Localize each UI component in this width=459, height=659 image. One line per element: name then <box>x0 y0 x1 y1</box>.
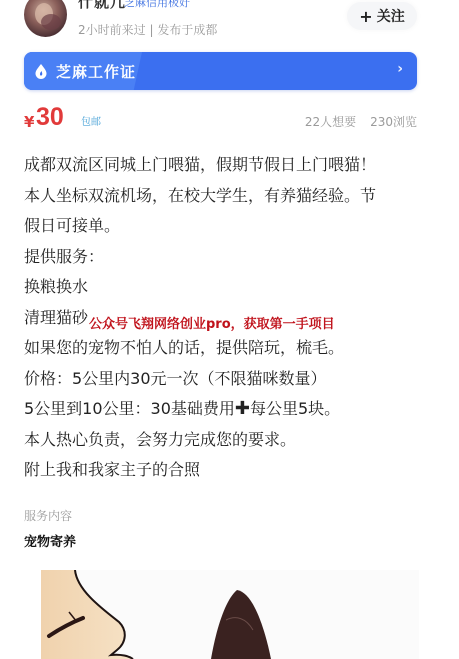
flame-drop-icon <box>33 63 49 79</box>
currency-symbol: ¥ <box>24 113 34 131</box>
price-value: 30 <box>36 103 64 132</box>
listing-photo[interactable] <box>41 570 419 659</box>
follow-label: 关注 <box>377 6 405 26</box>
description-line: 5公里到10公里：30基础费用✚每公里5块。 <box>24 394 424 425</box>
service-value: 宠物寄养 <box>24 531 76 550</box>
wants-count: 22人想要 <box>305 113 356 130</box>
seller-header: 什就几 芝麻信用极好 2小时前来过 | 发布于成都 + 关注 <box>24 0 416 40</box>
meta-separator: | <box>149 23 153 37</box>
description-line: 假日可接单。 <box>24 211 424 242</box>
seller-username[interactable]: 什就几 <box>78 0 126 12</box>
description-line-part: 5公里到10公里：30基础费用 <box>24 399 235 418</box>
description-line-part: 每公里5块。 <box>250 399 340 418</box>
banner-title: 芝麻工作证 <box>56 61 136 82</box>
plus-icon: ✚ <box>235 398 250 419</box>
last-seen-text: 2小时前来过 <box>78 23 146 37</box>
illustration-image-icon <box>41 570 419 659</box>
credit-verify-tag: 芝麻信用极好 <box>124 0 190 10</box>
views-count: 230浏览 <box>370 113 417 130</box>
description-line: 提供服务： <box>24 242 424 273</box>
description-line: 换粮换水 <box>24 272 424 303</box>
watermark-overlay: 公众号飞翔网络创业pro，获取第一手项目 <box>89 313 335 332</box>
free-shipping-badge: 包邮 <box>81 113 101 128</box>
chevron-right-icon: › <box>397 61 403 77</box>
description-line: 价格：5公里内30元一次（不限猫咪数量） <box>24 364 424 395</box>
plus-icon: + <box>359 7 372 26</box>
listing-stats: 22人想要 230浏览 <box>305 113 417 130</box>
location-text: 发布于成都 <box>157 23 217 37</box>
service-label: 服务内容 <box>24 507 72 524</box>
description-line: 如果您的宠物不怕人的话，提供陪玩，梳毛。 <box>24 333 424 364</box>
description-line: 成都双流区同城上门喂猫，假期节假日上门喂猫！ <box>24 150 424 181</box>
listing-page: 什就几 芝麻信用极好 2小时前来过 | 发布于成都 + 关注 芝麻工作证 › ¥… <box>0 0 459 659</box>
description-line: 附上我和我家主子的合照 <box>24 455 424 486</box>
zhima-work-cert-banner[interactable]: 芝麻工作证 › <box>24 52 417 90</box>
description-line: 本人坐标双流机场，在校大学生，有养猫经验。节 <box>24 181 424 212</box>
follow-button[interactable]: + 关注 <box>347 2 417 30</box>
seller-meta: 2小时前来过 | 发布于成都 <box>78 21 217 38</box>
price-row: ¥ 30 包邮 22人想要 230浏览 <box>24 103 417 133</box>
seller-avatar[interactable] <box>24 0 67 37</box>
description-line: 本人热心负责，会努力完成您的要求。 <box>24 425 424 456</box>
avatar-image-icon <box>24 0 67 37</box>
